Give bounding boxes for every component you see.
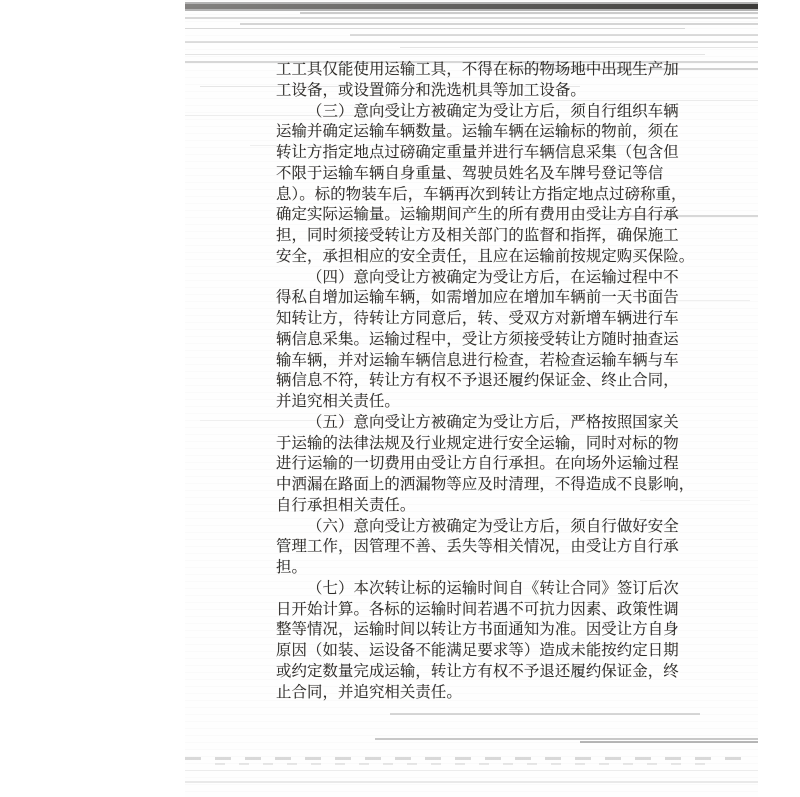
document-line: （七）本次转让标的运输时间自《转让合同》签订后次 (276, 579, 680, 600)
scan-streak-artifact (185, 4, 758, 9)
scan-streak-artifact (185, 757, 745, 760)
document-line: （三）意向受让方被确定为受让方后，须自行组织车辆 (276, 102, 680, 123)
document-line: 并追究相关责任。 (276, 392, 680, 413)
document-line: 自行承担相关责任。 (276, 496, 680, 517)
scan-streak-artifact (185, 28, 685, 29)
document-line: 止合同，并追究相关责任。 (276, 683, 680, 704)
document-line: 知转让方，待转让方同意后，转、受双方对新增车辆进行车 (276, 309, 680, 330)
document-line: 息）。标的物装车后，车辆再次到转让方指定地点过磅称重， (276, 185, 680, 206)
document-line: 辆信息采集。运输过程中，受让方须接受转让方随时抽查运 (276, 330, 680, 351)
document-line: 整等情况，运输时间以转让方书面通知为准。因受让方自身 (276, 620, 680, 641)
scan-streak-artifact (580, 741, 758, 743)
document-line: 确定实际运输量。运输期间产生的所有费用由受让方自行承 (276, 205, 680, 226)
scan-streak-artifact (240, 23, 758, 25)
scanned-document-viewport: 工工具仅能使用运输工具，不得在标的物场地中出现生产加工设备，或设置筛分和洗选机具… (0, 0, 800, 797)
document-line: 得私自增加运输车辆，如需增加应在增加车辆前一天书面告 (276, 288, 680, 309)
document-text-block: 工工具仅能使用运输工具，不得在标的物场地中出现生产加工设备，或设置筛分和洗选机具… (276, 60, 680, 703)
document-line: 或约定数量完成运输，转让方有权不予退还履约保证金，终 (276, 662, 680, 683)
document-line: （五）意向受让方被确定为受让方后，严格按照国家关 (276, 413, 680, 434)
scan-streak-artifact (350, 34, 758, 36)
document-line: 原因（如装、运设备不能满足要求等）造成未能按约定日期 (276, 641, 680, 662)
scan-streak-artifact (400, 47, 758, 48)
document-line: 进行运输的一切费用由受让方自行承担。在向场外运输过程 (276, 454, 680, 475)
document-paragraph: （六）意向受让方被确定为受让方后，须自行做好安全管理工作，因管理不善、丢失等相关… (276, 517, 680, 579)
scan-streak-artifact (185, 54, 705, 55)
document-line: 转让方指定地点过磅确定重量并进行车辆信息采集（包含但 (276, 143, 680, 164)
document-paragraph: （四）意向受让方被确定为受让方后，在运输过程中不得私自增加运输车辆，如需增加应在… (276, 268, 680, 413)
document-line: 运输并确定运输车辆数量。运输车辆在运输标的物前，须在 (276, 122, 680, 143)
scan-streak-artifact (185, 2, 758, 4)
document-line: 管理工作，因管理不善、丢失等相关情况，由受让方自行承 (276, 537, 680, 558)
scan-streak-artifact (375, 738, 758, 740)
document-line: 于运输的法律法规及行业规定进行安全运输，同时对标的物 (276, 434, 680, 455)
document-line: 中洒漏在路面上的洒漏物等应及时清理，不得造成不良影响， (276, 475, 680, 496)
document-line: 安全，承担相应的安全责任，且应在运输前按规定购买保险。 (276, 247, 680, 268)
document-line: （四）意向受让方被确定为受让方后，在运输过程中不 (276, 268, 680, 289)
scan-streak-artifact (215, 763, 715, 765)
document-line: 担，同时须接受转让方及相关部门的监督和指挥，确保施工 (276, 226, 680, 247)
document-paragraph: （三）意向受让方被确定为受让方后，须自行组织车辆运输并确定运输车辆数量。运输车辆… (276, 102, 680, 268)
scan-streak-artifact (390, 713, 700, 715)
document-line: 辆信息不符，转让方有权不予退还履约保证金、终止合同， (276, 371, 680, 392)
document-paragraph: （五）意向受让方被确定为受让方后，严格按照国家关于运输的法律法规及行业规定进行安… (276, 413, 680, 517)
scan-streak-artifact (300, 12, 758, 14)
document-line: （六）意向受让方被确定为受让方后，须自行做好安全 (276, 517, 680, 538)
scan-streak-artifact (185, 781, 758, 783)
document-line: 输车辆，并对运输车辆信息进行检查，若检查运输车辆与车 (276, 351, 680, 372)
document-paragraph: （七）本次转让标的运输时间自《转让合同》签订后次日开始计算。各标的运输时间若遇不… (276, 579, 680, 704)
scanned-page: 工工具仅能使用运输工具，不得在标的物场地中出现生产加工设备，或设置筛分和洗选机具… (185, 0, 758, 797)
document-paragraph: 工工具仅能使用运输工具，不得在标的物场地中出现生产加工设备，或设置筛分和洗选机具… (276, 60, 680, 102)
scan-streak-artifact (185, 41, 758, 43)
scan-streak-artifact (185, 17, 758, 19)
document-line: 工工具仅能使用运输工具，不得在标的物场地中出现生产加 (276, 60, 680, 81)
scan-streak-artifact (185, 770, 758, 771)
document-line: 工设备，或设置筛分和洗选机具等加工设备。 (276, 81, 680, 102)
document-line: 担。 (276, 558, 680, 579)
document-line: 不限于运输车辆自身重量、驾驶员姓名及车牌号登记等信 (276, 164, 680, 185)
document-line: 日开始计算。各标的运输时间若遇不可抗力因素、政策性调 (276, 600, 680, 621)
scan-streak-artifact (185, 9, 758, 11)
